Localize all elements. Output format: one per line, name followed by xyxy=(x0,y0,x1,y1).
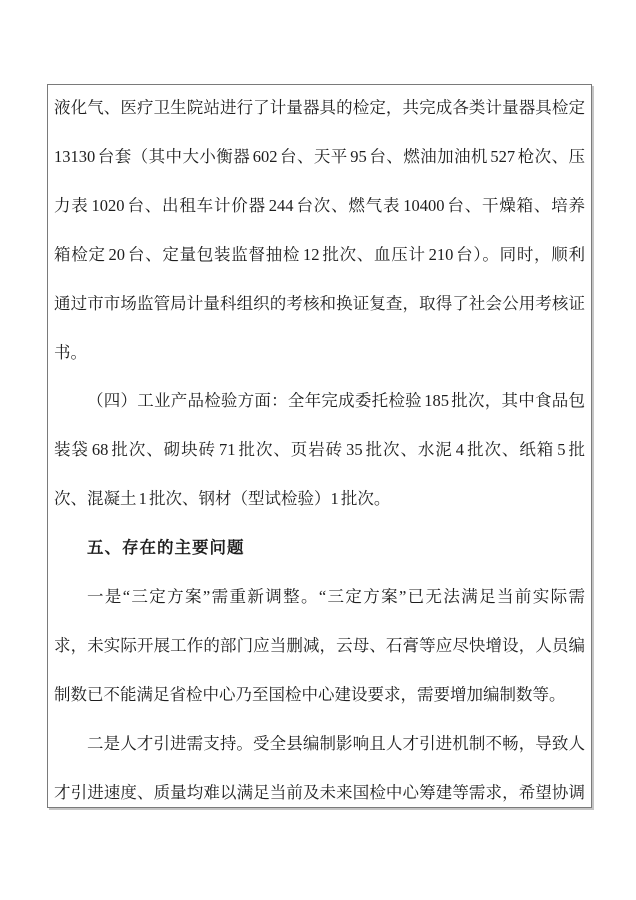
text-line: 求，未实际开展工作的部门应当删减，云母、石膏等应尽快增设，人员编 xyxy=(54,622,585,671)
text-line: 制数已不能满足省检中心乃至国检中心建设要求，需要增加编制数等。 xyxy=(54,671,585,720)
text-line: 13130 台套（其中大小衡器 602 台、天平 95 台、燃油加油机 527 … xyxy=(54,133,585,182)
text-line: 一是“三定方案”需重新调整。“三定方案”已无法满足当前实际需 xyxy=(54,573,585,622)
paragraph-industrial-product-inspection: （四）工业产品检验方面：全年完成委托检验 185 批次，其中食品包 装袋 68 … xyxy=(54,377,585,524)
document-body: 液化气、医疗卫生院站进行了计量器具的检定，共完成各类计量器具检定 13130 台… xyxy=(54,84,585,818)
text-line: 通过市市场监管局计量科组织的考核和换证复查，取得了社会公用考核证 xyxy=(54,280,585,329)
text-line: 书。 xyxy=(54,329,585,378)
section-heading-text: 五、存在的主要问题 xyxy=(54,524,585,573)
text-line: 才引进速度、质量均难以满足当前及未来国检中心筹建等需求，希望协调 xyxy=(54,769,585,818)
text-line: 箱检定 20 台、定量包装监督抽检 12 批次、血压计 210 台）。同时，顺利 xyxy=(54,231,585,280)
document-page: 液化气、医疗卫生院站进行了计量器具的检定，共完成各类计量器具检定 13130 台… xyxy=(0,0,636,900)
text-line: 液化气、医疗卫生院站进行了计量器具的检定，共完成各类计量器具检定 xyxy=(54,84,585,133)
text-line: 力表 1020 台、出租车计价器 244 台次、燃气表 10400 台、干燥箱、… xyxy=(54,182,585,231)
text-line: 二是人才引进需支持。受全县编制影响且人才引进机制不畅，导致人 xyxy=(54,720,585,769)
text-line: 装袋 68 批次、砌块砖 71 批次、页岩砖 35 批次、水泥 4 批次、纸箱 … xyxy=(54,426,585,475)
paragraph-talent-recruitment-support: 二是人才引进需支持。受全县编制影响且人才引进机制不畅，导致人 才引进速度、质量均… xyxy=(54,720,585,818)
text-line: 次、混凝土 1 批次、钢材（型试检验）1 批次。 xyxy=(54,475,585,524)
section-heading-main-problems: 五、存在的主要问题 xyxy=(54,524,585,573)
paragraph-metrology-verification: 液化气、医疗卫生院站进行了计量器具的检定，共完成各类计量器具检定 13130 台… xyxy=(54,84,585,377)
text-line: （四）工业产品检验方面：全年完成委托检验 185 批次，其中食品包 xyxy=(54,377,585,426)
paragraph-staffing-plan-adjustment: 一是“三定方案”需重新调整。“三定方案”已无法满足当前实际需 求，未实际开展工作… xyxy=(54,573,585,720)
